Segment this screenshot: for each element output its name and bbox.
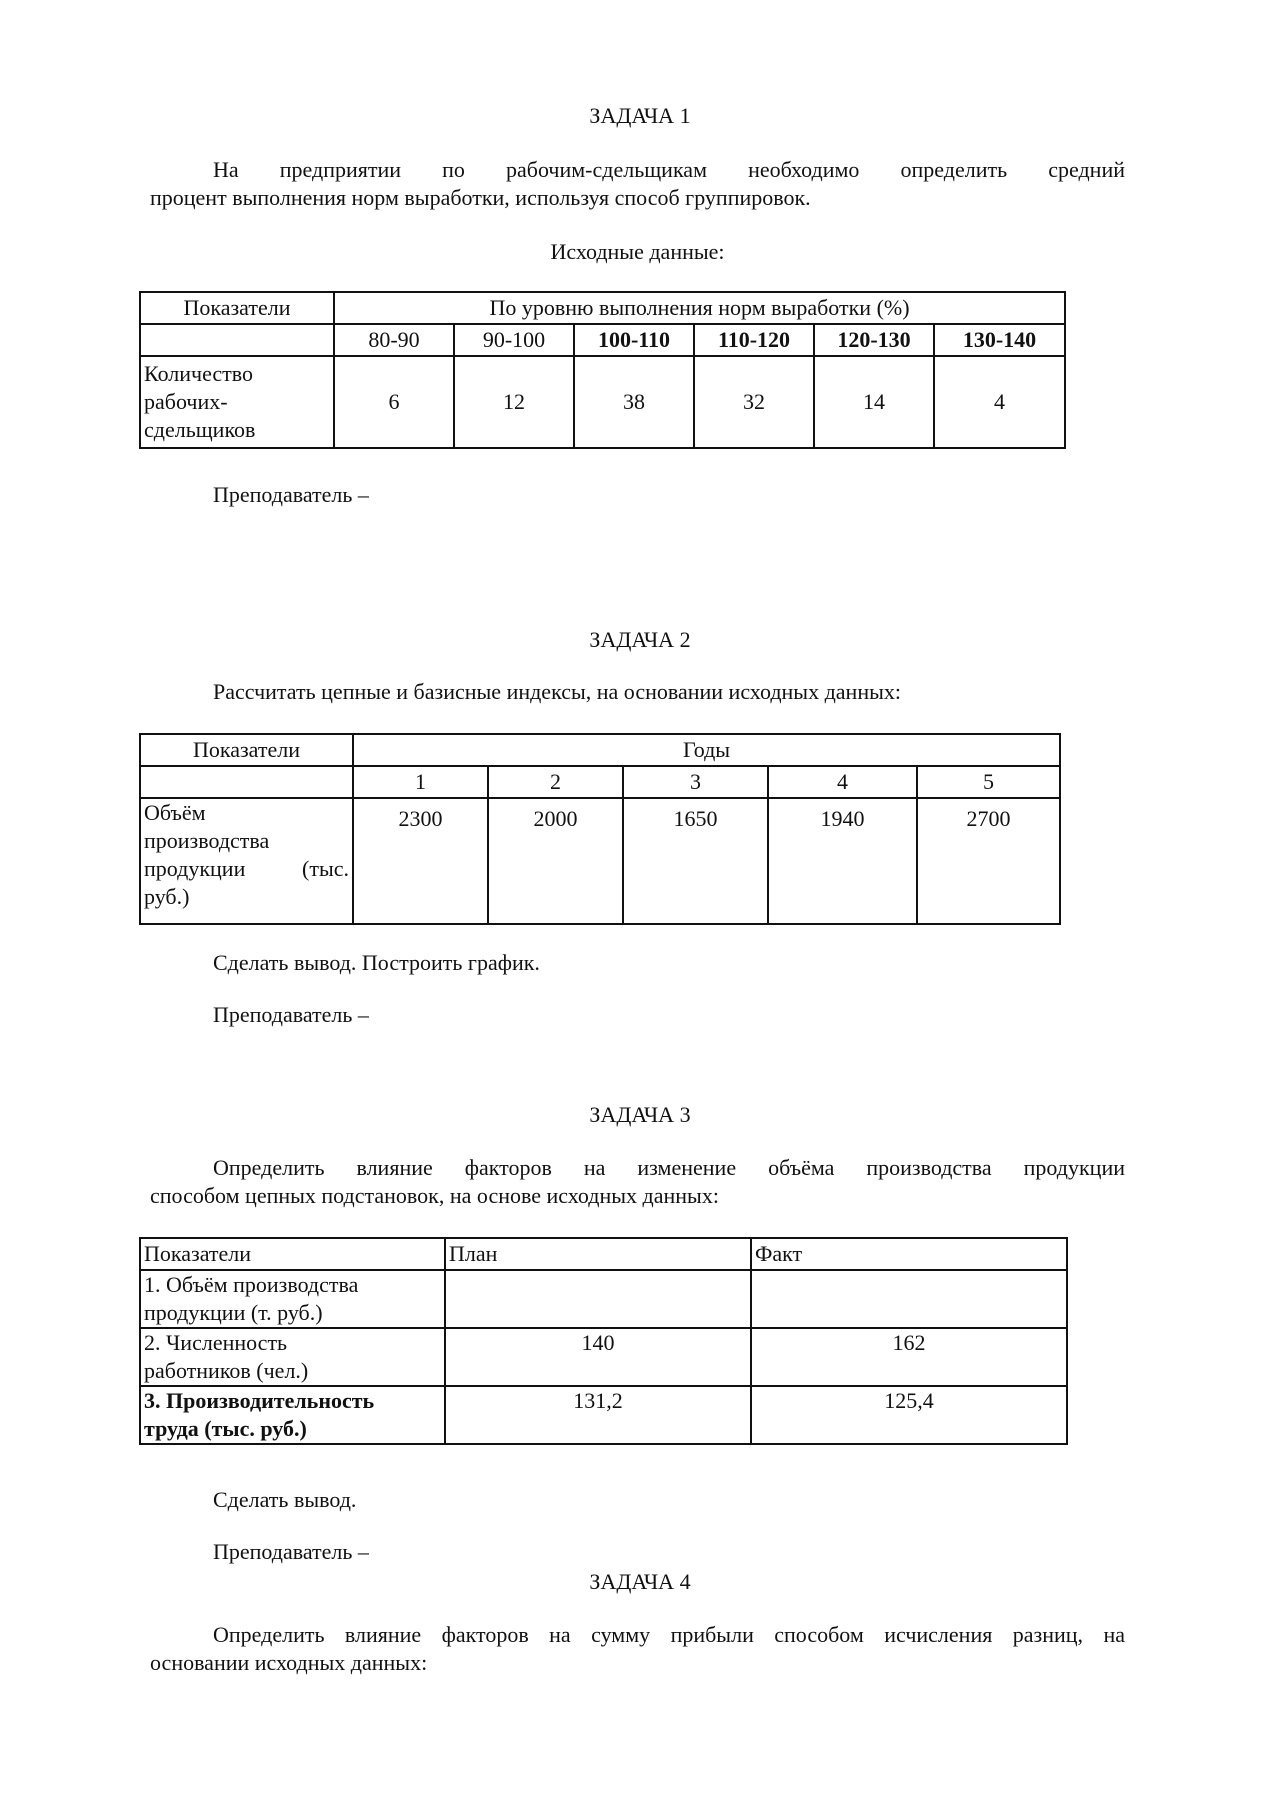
t1-value: 38 [574, 356, 694, 448]
task4-text-line1: Определить влияние факторов на сумму при… [213, 1621, 1125, 1649]
t2-empty-cell [140, 766, 353, 798]
task3-title: ЗАДАЧА 3 [0, 1101, 1280, 1129]
t2-header-indicator: Показатели [140, 734, 353, 766]
t2-row-label-line: производства [144, 827, 349, 855]
t3-plan-value: 140 [445, 1328, 751, 1386]
t1-row-label: Количество рабочих- сдельщиков [140, 356, 334, 448]
t2-year: 4 [768, 766, 917, 798]
t1-header-indicator: Показатели [140, 292, 334, 324]
t3-row-label: 1. Объём производства продукции (т. руб.… [140, 1270, 445, 1328]
t3-fact-value: 162 [751, 1328, 1067, 1386]
task3-text-line1: Определить влияние факторов на изменение… [213, 1154, 1125, 1182]
t2-row-label-line: руб.) [144, 883, 349, 911]
task1-table: Показатели По уровню выполнения норм выр… [139, 291, 1066, 449]
t2-year: 1 [353, 766, 488, 798]
t1-value: 6 [334, 356, 454, 448]
t2-value: 2700 [917, 798, 1060, 924]
t2-row-label-line: Объём [144, 799, 349, 827]
t1-value: 12 [454, 356, 574, 448]
t3-row-label-line: продукции (т. руб.) [144, 1299, 441, 1327]
task3-conclusion: Сделать вывод. [213, 1486, 356, 1514]
task1-title: ЗАДАЧА 1 [0, 102, 1280, 130]
t2-value: 2300 [353, 798, 488, 924]
t2-header-group: Годы [353, 734, 1060, 766]
t3-header-fact: Факт [751, 1238, 1067, 1270]
t3-row-label-line: 3. Производительность [144, 1387, 441, 1415]
t3-plan-value [445, 1270, 751, 1328]
task2-conclusion: Сделать вывод. Построить график. [213, 949, 540, 977]
task3-teacher: Преподаватель – [213, 1538, 369, 1566]
task2-text: Рассчитать цепные и базисные индексы, на… [213, 678, 901, 706]
task2-title: ЗАДАЧА 2 [0, 626, 1280, 654]
task1-source-label: Исходные данные: [150, 238, 1125, 266]
t3-row-label-line: 2. Численность [144, 1329, 441, 1357]
t3-row-label-line: 1. Объём производства [144, 1271, 441, 1299]
t1-value: 32 [694, 356, 814, 448]
t2-value: 1940 [768, 798, 917, 924]
t2-row-label-line: продукции (тыс. [144, 855, 349, 883]
t3-row-label: 3. Производительность труда (тыс. руб.) [140, 1386, 445, 1444]
t3-plan-value: 131,2 [445, 1386, 751, 1444]
t3-row-label-line: работников (чел.) [144, 1357, 441, 1385]
t1-row-label-line: Количество [144, 360, 330, 388]
task2-teacher: Преподаватель – [213, 1001, 369, 1029]
t2-value: 2000 [488, 798, 623, 924]
task3-text-line2: способом цепных подстановок, на основе и… [150, 1182, 719, 1210]
t1-interval: 80-90 [334, 324, 454, 356]
t1-interval: 100-110 [574, 324, 694, 356]
t2-row-label: Объём производства продукции (тыс. руб.) [140, 798, 353, 924]
task1-teacher: Преподаватель – [213, 481, 369, 509]
task4-text-line2: основании исходных данных: [150, 1649, 427, 1677]
t3-fact-value: 125,4 [751, 1386, 1067, 1444]
t1-value: 4 [934, 356, 1065, 448]
t2-year: 3 [623, 766, 768, 798]
t3-row-label: 2. Численность работников (чел.) [140, 1328, 445, 1386]
t3-fact-value [751, 1270, 1067, 1328]
task3-table: Показатели План Факт 1. Объём производст… [139, 1237, 1068, 1445]
t1-empty-cell [140, 324, 334, 356]
t1-header-group: По уровню выполнения норм выработки (%) [334, 292, 1065, 324]
task1-text-line2: процент выполнения норм выработки, испол… [150, 184, 811, 212]
t3-row-label-line: труда (тыс. руб.) [144, 1415, 441, 1443]
t2-year: 2 [488, 766, 623, 798]
t2-value: 1650 [623, 798, 768, 924]
t3-header-indicator: Показатели [140, 1238, 445, 1270]
t1-row-label-line: рабочих- [144, 388, 330, 416]
t1-interval: 110-120 [694, 324, 814, 356]
t1-value: 14 [814, 356, 934, 448]
t1-interval: 120-130 [814, 324, 934, 356]
t3-header-plan: План [445, 1238, 751, 1270]
task2-table: Показатели Годы 1 2 3 4 5 Объём производ… [139, 733, 1061, 925]
task4-title: ЗАДАЧА 4 [0, 1568, 1280, 1596]
t1-row-label-line: сдельщиков [144, 416, 330, 444]
task1-text-line1: На предприятии по рабочим-сдельщикам нео… [213, 156, 1125, 184]
t1-interval: 130-140 [934, 324, 1065, 356]
t1-interval: 90-100 [454, 324, 574, 356]
t2-year: 5 [917, 766, 1060, 798]
